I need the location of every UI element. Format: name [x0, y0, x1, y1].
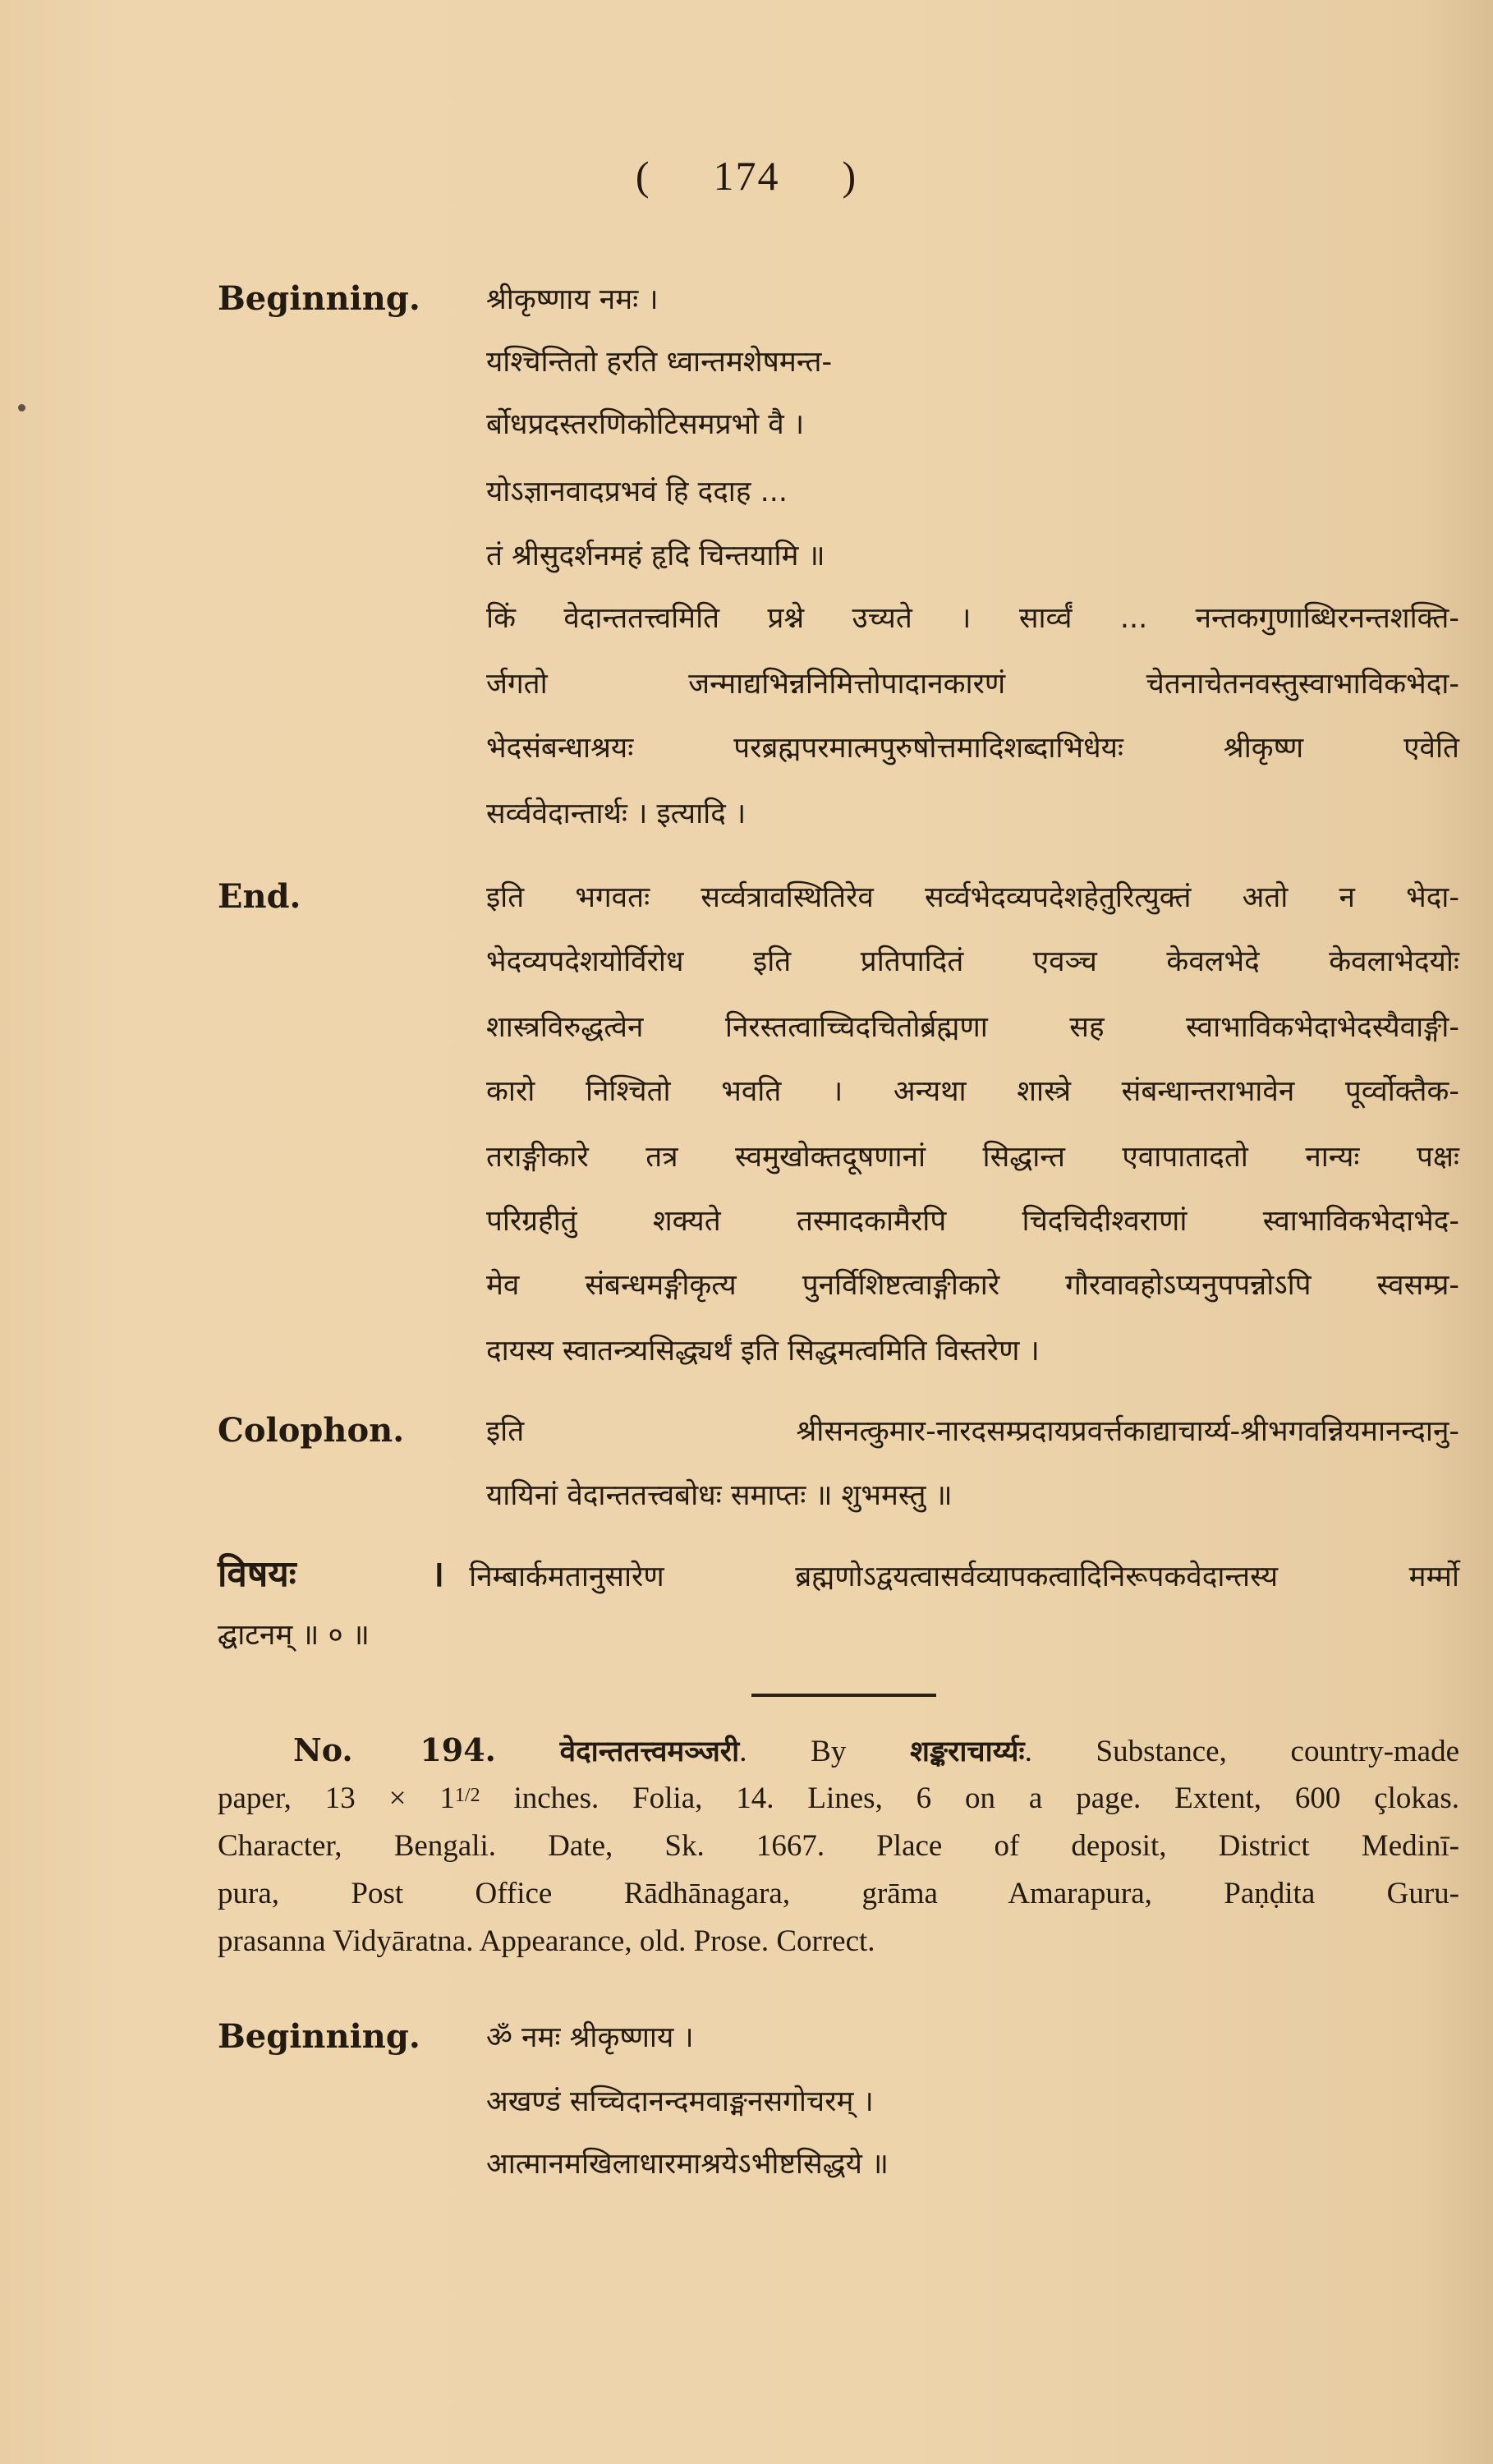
end-line: शास्त्रविरुद्धत्वेन निरस्तत्वाच्चिदचितोर… [486, 1007, 1459, 1046]
beginning-line: श्रीकृष्णाय नमः । [486, 279, 659, 318]
end-line: परिग्रहीतुं शक्यते तस्मादकामैरपि चिदचिदी… [486, 1201, 1459, 1239]
entry-folia: inches. Folia, 14. Lines, 6 on a page. E… [480, 1781, 1459, 1815]
entry-author: शङ्कराचार्य्यः [910, 1735, 1024, 1768]
subject-label: विषयः । [218, 1553, 444, 1595]
subject-line-2: द्घाटनम् ॥ ० ॥ [218, 1615, 370, 1653]
end-line: दायस्य स्वातन्त्र्यसिद्ध्यर्थं इति सिद्ध… [486, 1331, 1040, 1369]
page-number: (174) [0, 152, 1493, 200]
subject-line: विषयः ।निम्बार्कमतानुसारेण ब्रह्मणोऽद्वय… [218, 1547, 1459, 1597]
subject-text: निम्बार्कमतानुसारेण ब्रह्मणोऽद्वयत्वासर्… [469, 1561, 1459, 1593]
end-line: भेदव्यपदेशयोर्विरोध इति प्रतिपादितं एवञ्… [486, 941, 1459, 980]
end-line: कारो निश्चितो भवति । अन्यथा शास्त्रे संब… [486, 1071, 1459, 1110]
beginning-line: योऽज्ञानवादप्रभवं हि ददाह ... [486, 471, 788, 510]
colophon-line: यायिनां वेदान्ततत्त्वबोधः समाप्तः ॥ शुभम… [486, 1475, 953, 1514]
entry-desc-line: pura, Post Office Rādhānagara, grāma Ama… [218, 1876, 1459, 1911]
beginning-line: भेदसंबन्धाश्रयः परब्रह्मपरमात्मपुरुषोत्त… [486, 728, 1459, 766]
end-line: मेव संबन्धमङ्गीकृत्य पुनर्विशिष्टत्वाङ्ग… [486, 1265, 1459, 1303]
entry-title: वेदान्ततत्त्वमञ्जरी [560, 1735, 740, 1768]
end-line: इति भगवतः सर्व्वत्रावस्थितिरेव सर्व्वभेद… [486, 877, 1459, 916]
entry-beginning-line: ॐ नमः श्रीकृष्णाय । [486, 2017, 694, 2056]
fraction: 1/2 [455, 1785, 480, 1806]
colophon-line: इति श्रीसनत्कुमार-नारदसम्प्रदायप्रवर्त्त… [486, 1411, 1459, 1450]
paren-open: ( [636, 153, 651, 199]
end-label: End. [218, 877, 301, 916]
entry-size: paper, 13 × 1 [218, 1781, 455, 1815]
entry-beginning-line: अखण्डं सच्चिदानन्दमवाङ्मनसगोचरम् । [486, 2081, 874, 2120]
end-line: तराङ्गीकारे तत्र स्वमुखोक्तदूषणानां सिद्… [486, 1137, 1459, 1175]
page-number-value: 174 [714, 153, 780, 199]
entry-desc-tail: . Substance, country-made [1025, 1735, 1459, 1768]
entry-by: . By [739, 1735, 846, 1768]
beginning-line: तं श्रीसुदर्शनमहं हृदि चिन्तयामि ॥ [486, 536, 825, 574]
entry-number: No. 194. [293, 1731, 496, 1768]
beginning-line: किं वेदान्ततत्त्वमिति प्रश्ने उच्यते । स… [486, 598, 1459, 637]
colophon-label: Colophon. [218, 1411, 404, 1450]
beginning-line: र्बोधप्रदस्तरणिकोटिसमप्रभो वै । [486, 404, 804, 443]
section-divider [751, 1694, 936, 1697]
beginning-label: Beginning. [218, 279, 420, 318]
beginning-line: र्जगतो जन्माद्यभिन्ननिमित्तोपादानकारणं च… [486, 664, 1459, 702]
entry-heading-line: No. 194. वेदान्ततत्त्वमञ्जरी. By शङ्कराच… [218, 1731, 1459, 1770]
entry-desc-line: Character, Bengali. Date, Sk. 1667. Plac… [218, 1828, 1459, 1864]
paper-speck [18, 404, 25, 411]
beginning-line: यश्चिन्तितो हरति ध्वान्तमशेषमन्त- [486, 342, 832, 380]
entry-beginning-line: आत्मानमखिलाधारमाश्रयेऽभीष्टसिद्धये ॥ [486, 2144, 889, 2182]
paren-close: ) [843, 153, 858, 199]
entry-desc-line: prasanna Vidyāratna. Appearance, old. Pr… [218, 1924, 1459, 1959]
entry-beginning-label: Beginning. [218, 2017, 420, 2056]
entry-desc-line: paper, 13 × 11/2 inches. Folia, 14. Line… [218, 1781, 1459, 1816]
beginning-line: सर्व्ववेदान्तार्थः । इत्यादि । [486, 793, 746, 832]
